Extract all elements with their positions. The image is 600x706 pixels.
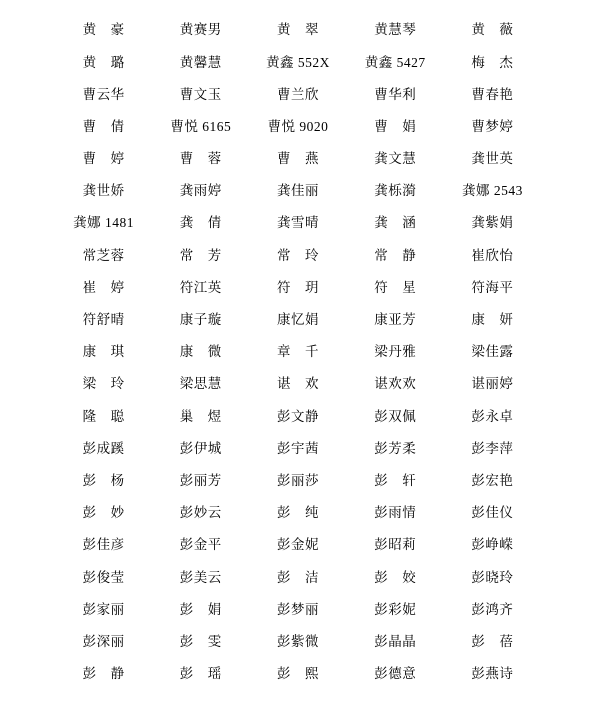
name-cell: 谌丽婷 (444, 377, 541, 391)
name-cell: 彭伊城 (152, 442, 249, 456)
name-cell: 章 千 (249, 345, 346, 359)
name-cell: 梁 玲 (55, 377, 152, 391)
name-cell: 曹 倩 (55, 120, 152, 134)
name-cell: 曹梦婷 (444, 120, 541, 134)
name-cell: 彭 熙 (249, 667, 346, 681)
name-cell: 彭鸿齐 (444, 603, 541, 617)
name-cell: 巢 煜 (152, 410, 249, 424)
name-cell: 曹春艳 (444, 88, 541, 102)
name-row: 黄 豪黄赛男黄 翠黄慧琴黄 薇 (55, 14, 541, 46)
name-cell: 曹文玉 (152, 88, 249, 102)
name-cell: 符江英 (152, 281, 249, 295)
name-cell: 彭丽莎 (249, 474, 346, 488)
name-cell: 彭成蹊 (55, 442, 152, 456)
name-cell: 彭金平 (152, 538, 249, 552)
name-cell: 谌 欢 (249, 377, 346, 391)
name-row: 彭 静彭 瑶彭 熙彭德意彭燕诗 (55, 658, 541, 690)
name-cell: 曹悦 9020 (249, 120, 346, 134)
name-cell: 彭峥嵘 (444, 538, 541, 552)
name-cell: 黄馨慧 (152, 56, 249, 70)
name-row: 黄 璐黄馨慧黄鑫 552X黄鑫 5427梅 杰 (55, 46, 541, 78)
name-cell: 康子璇 (152, 313, 249, 327)
name-row: 崔 婷符江英符 玥符 星符海平 (55, 272, 541, 304)
name-cell: 龚世英 (444, 152, 541, 166)
name-cell: 彭 静 (55, 667, 152, 681)
name-cell: 彭 杨 (55, 474, 152, 488)
name-cell: 彭德意 (347, 667, 444, 681)
name-cell: 彭昭莉 (347, 538, 444, 552)
name-row: 彭佳彦彭金平彭金妮彭昭莉彭峥嵘 (55, 529, 541, 561)
name-row: 彭 杨彭丽芳彭丽莎彭 轩彭宏艳 (55, 465, 541, 497)
name-cell: 彭佳彦 (55, 538, 152, 552)
name-row: 龚娜 1481龚 倩龚雪晴龚 涵龚紫娟 (55, 207, 541, 239)
name-cell: 彭文静 (249, 410, 346, 424)
name-cell: 梁丹雅 (347, 345, 444, 359)
name-cell: 黄 豪 (55, 23, 152, 37)
name-cell: 彭芳柔 (347, 442, 444, 456)
name-row: 常芝蓉常 芳常 玲常 静崔欣怡 (55, 239, 541, 271)
name-cell: 彭宇茜 (249, 442, 346, 456)
name-cell: 彭双佩 (347, 410, 444, 424)
name-cell: 谌欢欢 (347, 377, 444, 391)
name-cell: 康 琪 (55, 345, 152, 359)
name-row: 康 琪康 微章 千梁丹雅梁佳露 (55, 336, 541, 368)
name-cell: 彭晓玲 (444, 571, 541, 585)
name-cell: 符海平 (444, 281, 541, 295)
name-cell: 符 星 (347, 281, 444, 295)
name-cell: 常 静 (347, 249, 444, 263)
name-row: 梁 玲梁思慧谌 欢谌欢欢谌丽婷 (55, 368, 541, 400)
name-cell: 常 玲 (249, 249, 346, 263)
name-cell: 康 微 (152, 345, 249, 359)
name-cell: 龚世娇 (55, 184, 152, 198)
document-page: 黄 豪黄赛男黄 翠黄慧琴黄 薇黄 璐黄馨慧黄鑫 552X黄鑫 5427梅 杰曹云… (0, 0, 600, 706)
name-cell: 曹云华 (55, 88, 152, 102)
name-cell: 黄鑫 5427 (347, 56, 444, 70)
name-cell: 曹 蓉 (152, 152, 249, 166)
name-cell: 龚雨婷 (152, 184, 249, 198)
name-cell: 彭金妮 (249, 538, 346, 552)
name-cell: 彭 姣 (347, 571, 444, 585)
name-cell: 曹兰欣 (249, 88, 346, 102)
name-cell: 常芝蓉 (55, 249, 152, 263)
name-cell: 彭家丽 (55, 603, 152, 617)
name-cell: 彭 瑶 (152, 667, 249, 681)
name-cell: 梅 杰 (444, 56, 541, 70)
name-row: 彭成蹊彭伊城彭宇茜彭芳柔彭李萍 (55, 432, 541, 464)
name-cell: 黄 翠 (249, 23, 346, 37)
name-cell: 彭丽芳 (152, 474, 249, 488)
name-cell: 彭永卓 (444, 410, 541, 424)
name-cell: 彭彩妮 (347, 603, 444, 617)
name-row: 曹 倩曹悦 6165曹悦 9020曹 娟曹梦婷 (55, 111, 541, 143)
name-cell: 彭紫微 (249, 635, 346, 649)
name-cell: 崔欣怡 (444, 249, 541, 263)
name-cell: 龚栎漪 (347, 184, 444, 198)
name-cell: 康亚芳 (347, 313, 444, 327)
name-table: 黄 豪黄赛男黄 翠黄慧琴黄 薇黄 璐黄馨慧黄鑫 552X黄鑫 5427梅 杰曹云… (55, 14, 541, 690)
name-cell: 曹 燕 (249, 152, 346, 166)
name-cell: 彭雨情 (347, 506, 444, 520)
name-cell: 常 芳 (152, 249, 249, 263)
name-cell: 曹 婷 (55, 152, 152, 166)
name-row: 曹云华曹文玉曹兰欣曹华利曹春艳 (55, 78, 541, 110)
name-cell: 彭美云 (152, 571, 249, 585)
name-cell: 符 玥 (249, 281, 346, 295)
name-cell: 龚文慧 (347, 152, 444, 166)
name-cell: 黄 璐 (55, 56, 152, 70)
name-cell: 曹 娟 (347, 120, 444, 134)
name-cell: 彭深丽 (55, 635, 152, 649)
name-cell: 崔 婷 (55, 281, 152, 295)
name-cell: 彭晶晶 (347, 635, 444, 649)
name-cell: 彭燕诗 (444, 667, 541, 681)
name-cell: 黄鑫 552X (249, 56, 346, 70)
name-cell: 龚娜 1481 (55, 216, 152, 230)
name-row: 龚世娇龚雨婷龚佳丽龚栎漪龚娜 2543 (55, 175, 541, 207)
name-cell: 梁佳露 (444, 345, 541, 359)
name-cell: 曹华利 (347, 88, 444, 102)
name-cell: 黄 薇 (444, 23, 541, 37)
name-cell: 彭 洁 (249, 571, 346, 585)
name-cell: 彭 娟 (152, 603, 249, 617)
name-cell: 彭俊莹 (55, 571, 152, 585)
name-row: 隆 聪巢 煜彭文静彭双佩彭永卓 (55, 400, 541, 432)
name-cell: 龚紫娟 (444, 216, 541, 230)
name-cell: 彭梦丽 (249, 603, 346, 617)
name-row: 彭深丽彭 雯彭紫微彭晶晶彭 蓓 (55, 626, 541, 658)
name-cell: 曹悦 6165 (152, 120, 249, 134)
name-cell: 康忆娟 (249, 313, 346, 327)
name-cell: 龚 倩 (152, 216, 249, 230)
name-cell: 梁思慧 (152, 377, 249, 391)
name-cell: 龚 涵 (347, 216, 444, 230)
name-cell: 龚佳丽 (249, 184, 346, 198)
name-row: 曹 婷曹 蓉曹 燕龚文慧龚世英 (55, 143, 541, 175)
name-cell: 彭 妙 (55, 506, 152, 520)
name-cell: 龚雪晴 (249, 216, 346, 230)
name-row: 彭俊莹彭美云彭 洁彭 姣彭晓玲 (55, 561, 541, 593)
name-cell: 龚娜 2543 (444, 184, 541, 198)
name-cell: 康 妍 (444, 313, 541, 327)
name-cell: 彭佳仪 (444, 506, 541, 520)
name-cell: 黄赛男 (152, 23, 249, 37)
name-cell: 彭 纯 (249, 506, 346, 520)
name-cell: 彭妙云 (152, 506, 249, 520)
name-cell: 符舒晴 (55, 313, 152, 327)
name-cell: 彭宏艳 (444, 474, 541, 488)
name-cell: 彭李萍 (444, 442, 541, 456)
name-cell: 黄慧琴 (347, 23, 444, 37)
name-cell: 彭 雯 (152, 635, 249, 649)
name-row: 彭 妙彭妙云彭 纯彭雨情彭佳仪 (55, 497, 541, 529)
name-row: 彭家丽彭 娟彭梦丽彭彩妮彭鸿齐 (55, 593, 541, 625)
name-cell: 彭 轩 (347, 474, 444, 488)
name-row: 符舒晴康子璇康忆娟康亚芳康 妍 (55, 304, 541, 336)
name-cell: 隆 聪 (55, 410, 152, 424)
name-cell: 彭 蓓 (444, 635, 541, 649)
